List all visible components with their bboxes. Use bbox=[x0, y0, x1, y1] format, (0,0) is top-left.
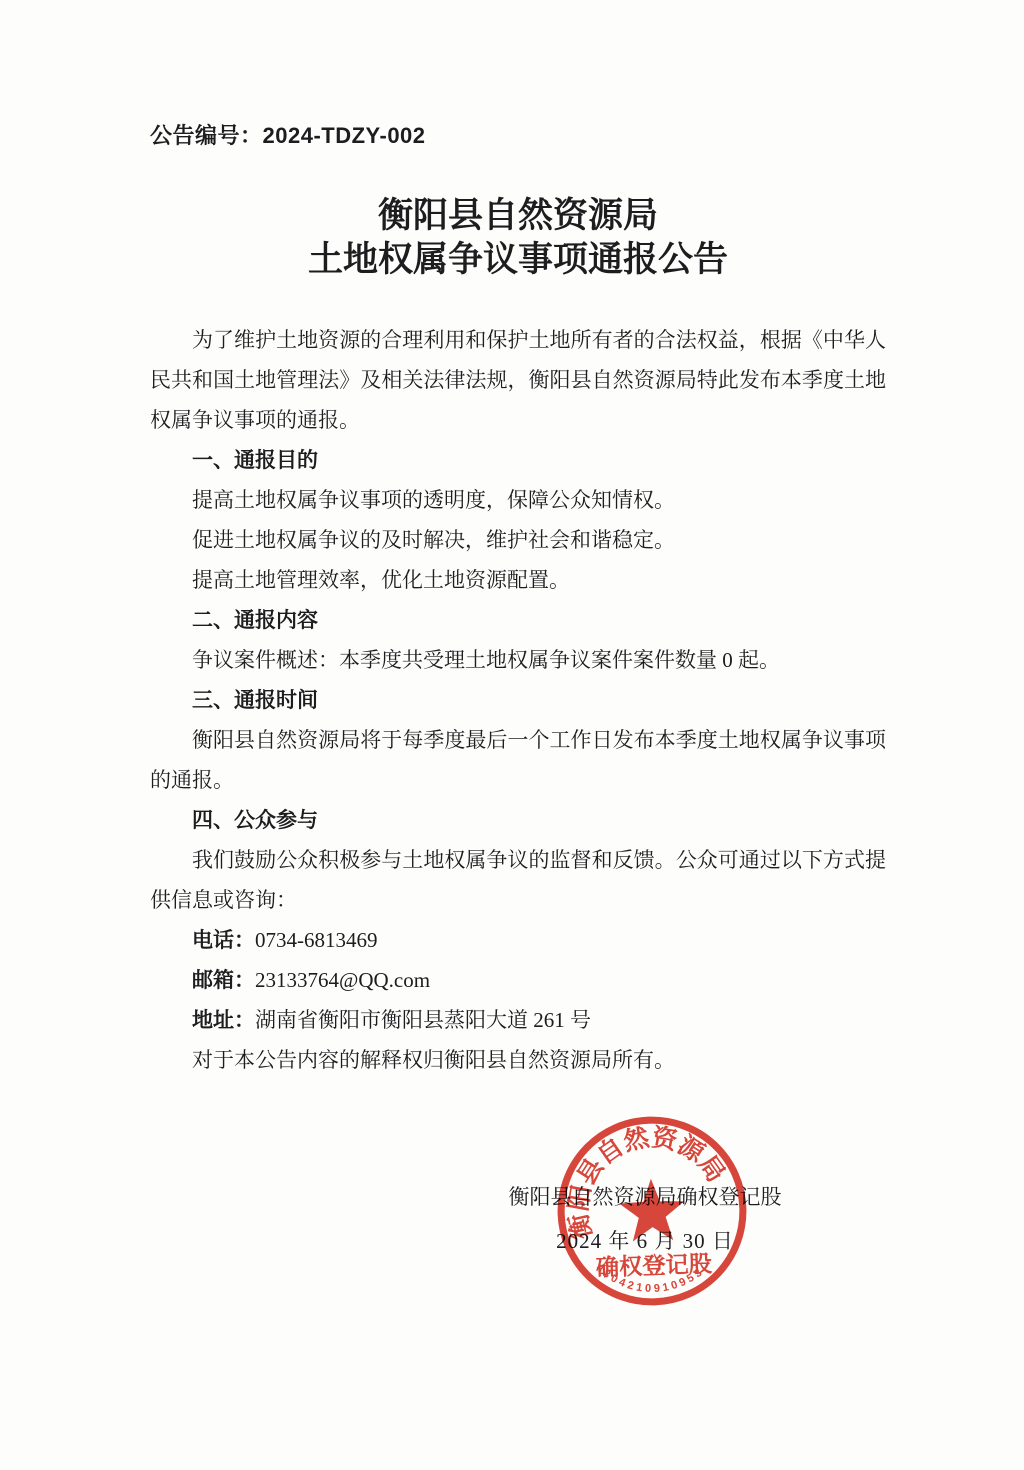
section-1-paragraph: 促进土地权属争议的及时解决，维护社会和谐稳定。 bbox=[150, 520, 886, 560]
announcement-document: 公告编号：2024-TDZY-002 衡阳县自然资源局 土地权属争议事项通报公告… bbox=[0, 0, 1024, 1470]
closing-paragraph: 对于本公告内容的解释权归衡阳县自然资源局所有。 bbox=[150, 1040, 886, 1080]
section-4-paragraph: 我们鼓励公众积极参与土地权属争议的监督和反馈。公众可通过以下方式提供信息或咨询： bbox=[150, 840, 886, 920]
section-3-heading: 三、通报时间 bbox=[150, 680, 886, 720]
document-title: 衡阳县自然资源局 土地权属争议事项通报公告 bbox=[150, 194, 886, 282]
section-1-heading: 一、通报目的 bbox=[150, 440, 886, 480]
section-1-paragraph: 提高土地管理效率，优化土地资源配置。 bbox=[150, 560, 886, 600]
contact-line-address: 地址：湖南省衡阳市衡阳县蒸阳大道 261 号 bbox=[150, 1000, 886, 1040]
section-3-paragraph: 衡阳县自然资源局将于每季度最后一个工作日发布本季度土地权属争议事项的通报。 bbox=[150, 720, 886, 800]
email-label: 邮箱： bbox=[192, 968, 255, 992]
seal-star-icon bbox=[618, 1178, 685, 1242]
address-label: 地址： bbox=[192, 1008, 255, 1032]
contact-line-phone: 电话：0734-6813469 bbox=[150, 920, 886, 960]
phone-value: 0734-6813469 bbox=[255, 928, 378, 952]
intro-paragraph: 为了维护土地资源的合理利用和保护土地所有者的合法权益，根据《中华人民共和国土地管… bbox=[150, 320, 886, 440]
section-1-paragraph: 提高土地权属争议事项的透明度，保障公众知情权。 bbox=[150, 480, 886, 520]
section-2-heading: 二、通报内容 bbox=[150, 600, 886, 640]
document-body: 为了维护土地资源的合理利用和保护土地所有者的合法权益，根据《中华人民共和国土地管… bbox=[150, 320, 886, 1080]
doc-number: 公告编号：2024-TDZY-002 bbox=[150, 120, 886, 152]
phone-label: 电话： bbox=[192, 928, 255, 952]
email-value: 23133764@QQ.com bbox=[255, 968, 430, 992]
title-line-1: 衡阳县自然资源局 bbox=[150, 194, 886, 238]
official-seal: 衡阳县自然资源局 确权登记股 4304210910953 bbox=[548, 1107, 757, 1316]
section-4-heading: 四、公众参与 bbox=[150, 800, 886, 840]
address-value: 湖南省衡阳市衡阳县蒸阳大道 261 号 bbox=[255, 1008, 591, 1032]
title-line-2: 土地权属争议事项通报公告 bbox=[150, 238, 886, 282]
section-2-paragraph: 争议案件概述：本季度共受理土地权属争议案件案件数量 0 起。 bbox=[150, 640, 886, 680]
contact-line-email: 邮箱：23133764@QQ.com bbox=[150, 960, 886, 1000]
